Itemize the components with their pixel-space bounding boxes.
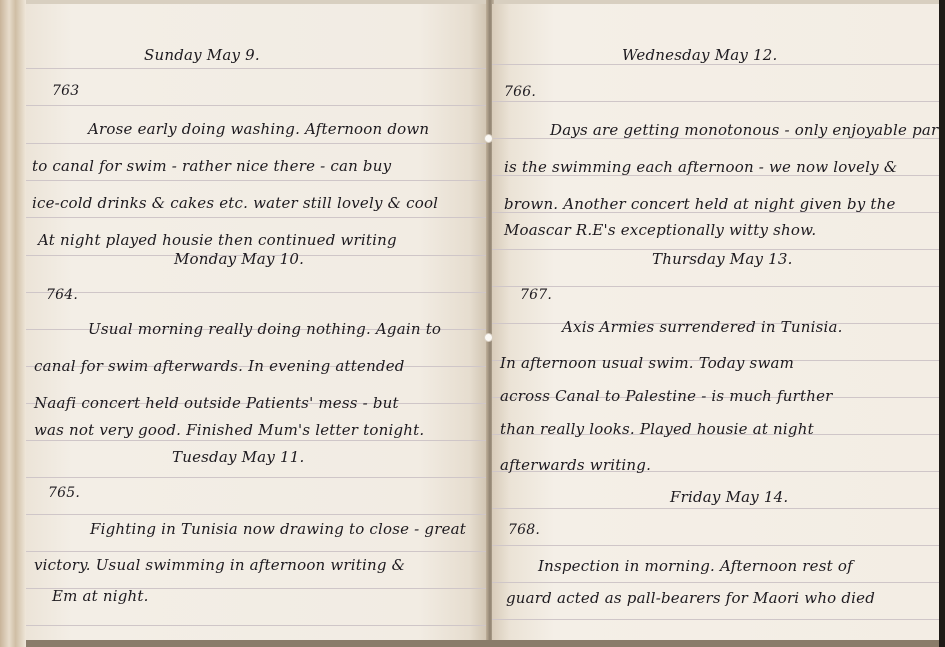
rule-line [26, 143, 488, 144]
left-page: Sunday May 9. 763 Arose early doing wash… [26, 4, 488, 644]
rule-line [26, 180, 488, 181]
entry-line: Inspection in morning. Afternoon rest of [538, 557, 853, 575]
entry-line: Em at night. [52, 587, 149, 605]
entry-line: across Canal to Palestine - is much furt… [500, 387, 833, 405]
rule-line [26, 105, 488, 106]
entry-date: Monday May 10. [174, 250, 304, 268]
right-page: Wednesday May 12. 766. Days are getting … [492, 4, 939, 644]
page-stack-edge [0, 0, 26, 647]
entry-number: 763 [52, 83, 79, 99]
entry-line: to canal for swim - rather nice there - … [32, 157, 391, 175]
rule-line [26, 68, 488, 69]
entry-line: was not very good. Finished Mum's letter… [34, 421, 424, 439]
entry-line: In afternoon usual swim. Today swam [500, 354, 794, 372]
rule-line [26, 440, 488, 441]
entry-number: 765. [48, 485, 80, 501]
binding-stitch-hole [484, 333, 493, 342]
rule-line [492, 101, 939, 102]
entry-date: Wednesday May 12. [622, 46, 778, 64]
entry-number: 768. [508, 522, 540, 538]
entry-date: Tuesday May 11. [172, 448, 304, 466]
entry-line: afterwards writing. [500, 456, 651, 474]
entry-line: Moascar R.E's exceptionally witty show. [504, 221, 816, 239]
entry-line: At night played housie then continued wr… [38, 231, 397, 249]
rule-line [492, 64, 939, 65]
entry-date: Sunday May 9. [144, 46, 260, 64]
entry-line: Axis Armies surrendered in Tunisia. [562, 318, 843, 336]
rule-line [492, 508, 939, 509]
rule-line [26, 292, 488, 293]
rule-line [26, 625, 488, 626]
rule-line [26, 477, 488, 478]
binding-stitch-hole [484, 134, 493, 143]
open-notebook: Sunday May 9. 763 Arose early doing wash… [0, 0, 945, 647]
entry-line: canal for swim afterwards. In evening at… [34, 357, 405, 375]
rule-line [492, 286, 939, 287]
rule-line [26, 217, 488, 218]
entry-number: 767. [520, 287, 552, 303]
entry-line: Days are getting monotonous - only enjoy… [550, 121, 939, 139]
page-bottom-edge [26, 640, 939, 647]
page-right-shadow [939, 0, 945, 647]
entry-line: Naafi concert held outside Patients' mes… [34, 394, 399, 412]
entry-line: brown. Another concert held at night giv… [504, 195, 896, 213]
entry-line: Usual morning really doing nothing. Agai… [88, 320, 441, 338]
entry-number: 764. [46, 287, 78, 303]
entry-line: than really looks. Played housie at nigh… [500, 420, 814, 438]
rule-line [26, 551, 488, 552]
entry-date: Friday May 14. [670, 488, 788, 506]
rule-line [26, 514, 488, 515]
entry-line: is the swimming each afternoon - we now … [504, 158, 897, 176]
entry-line: Arose early doing washing. Afternoon dow… [88, 120, 429, 138]
entry-date: Thursday May 13. [652, 250, 793, 268]
entry-line: Fighting in Tunisia now drawing to close… [90, 520, 466, 538]
rule-line [492, 545, 939, 546]
entry-line: ice-cold drinks & cakes etc. water still… [32, 194, 438, 212]
entry-line: guard acted as pall-bearers for Maori wh… [506, 589, 875, 607]
entry-number: 766. [504, 84, 536, 100]
entry-line: victory. Usual swimming in afternoon wri… [34, 556, 405, 574]
rule-line [492, 619, 939, 620]
rule-line [492, 582, 939, 583]
